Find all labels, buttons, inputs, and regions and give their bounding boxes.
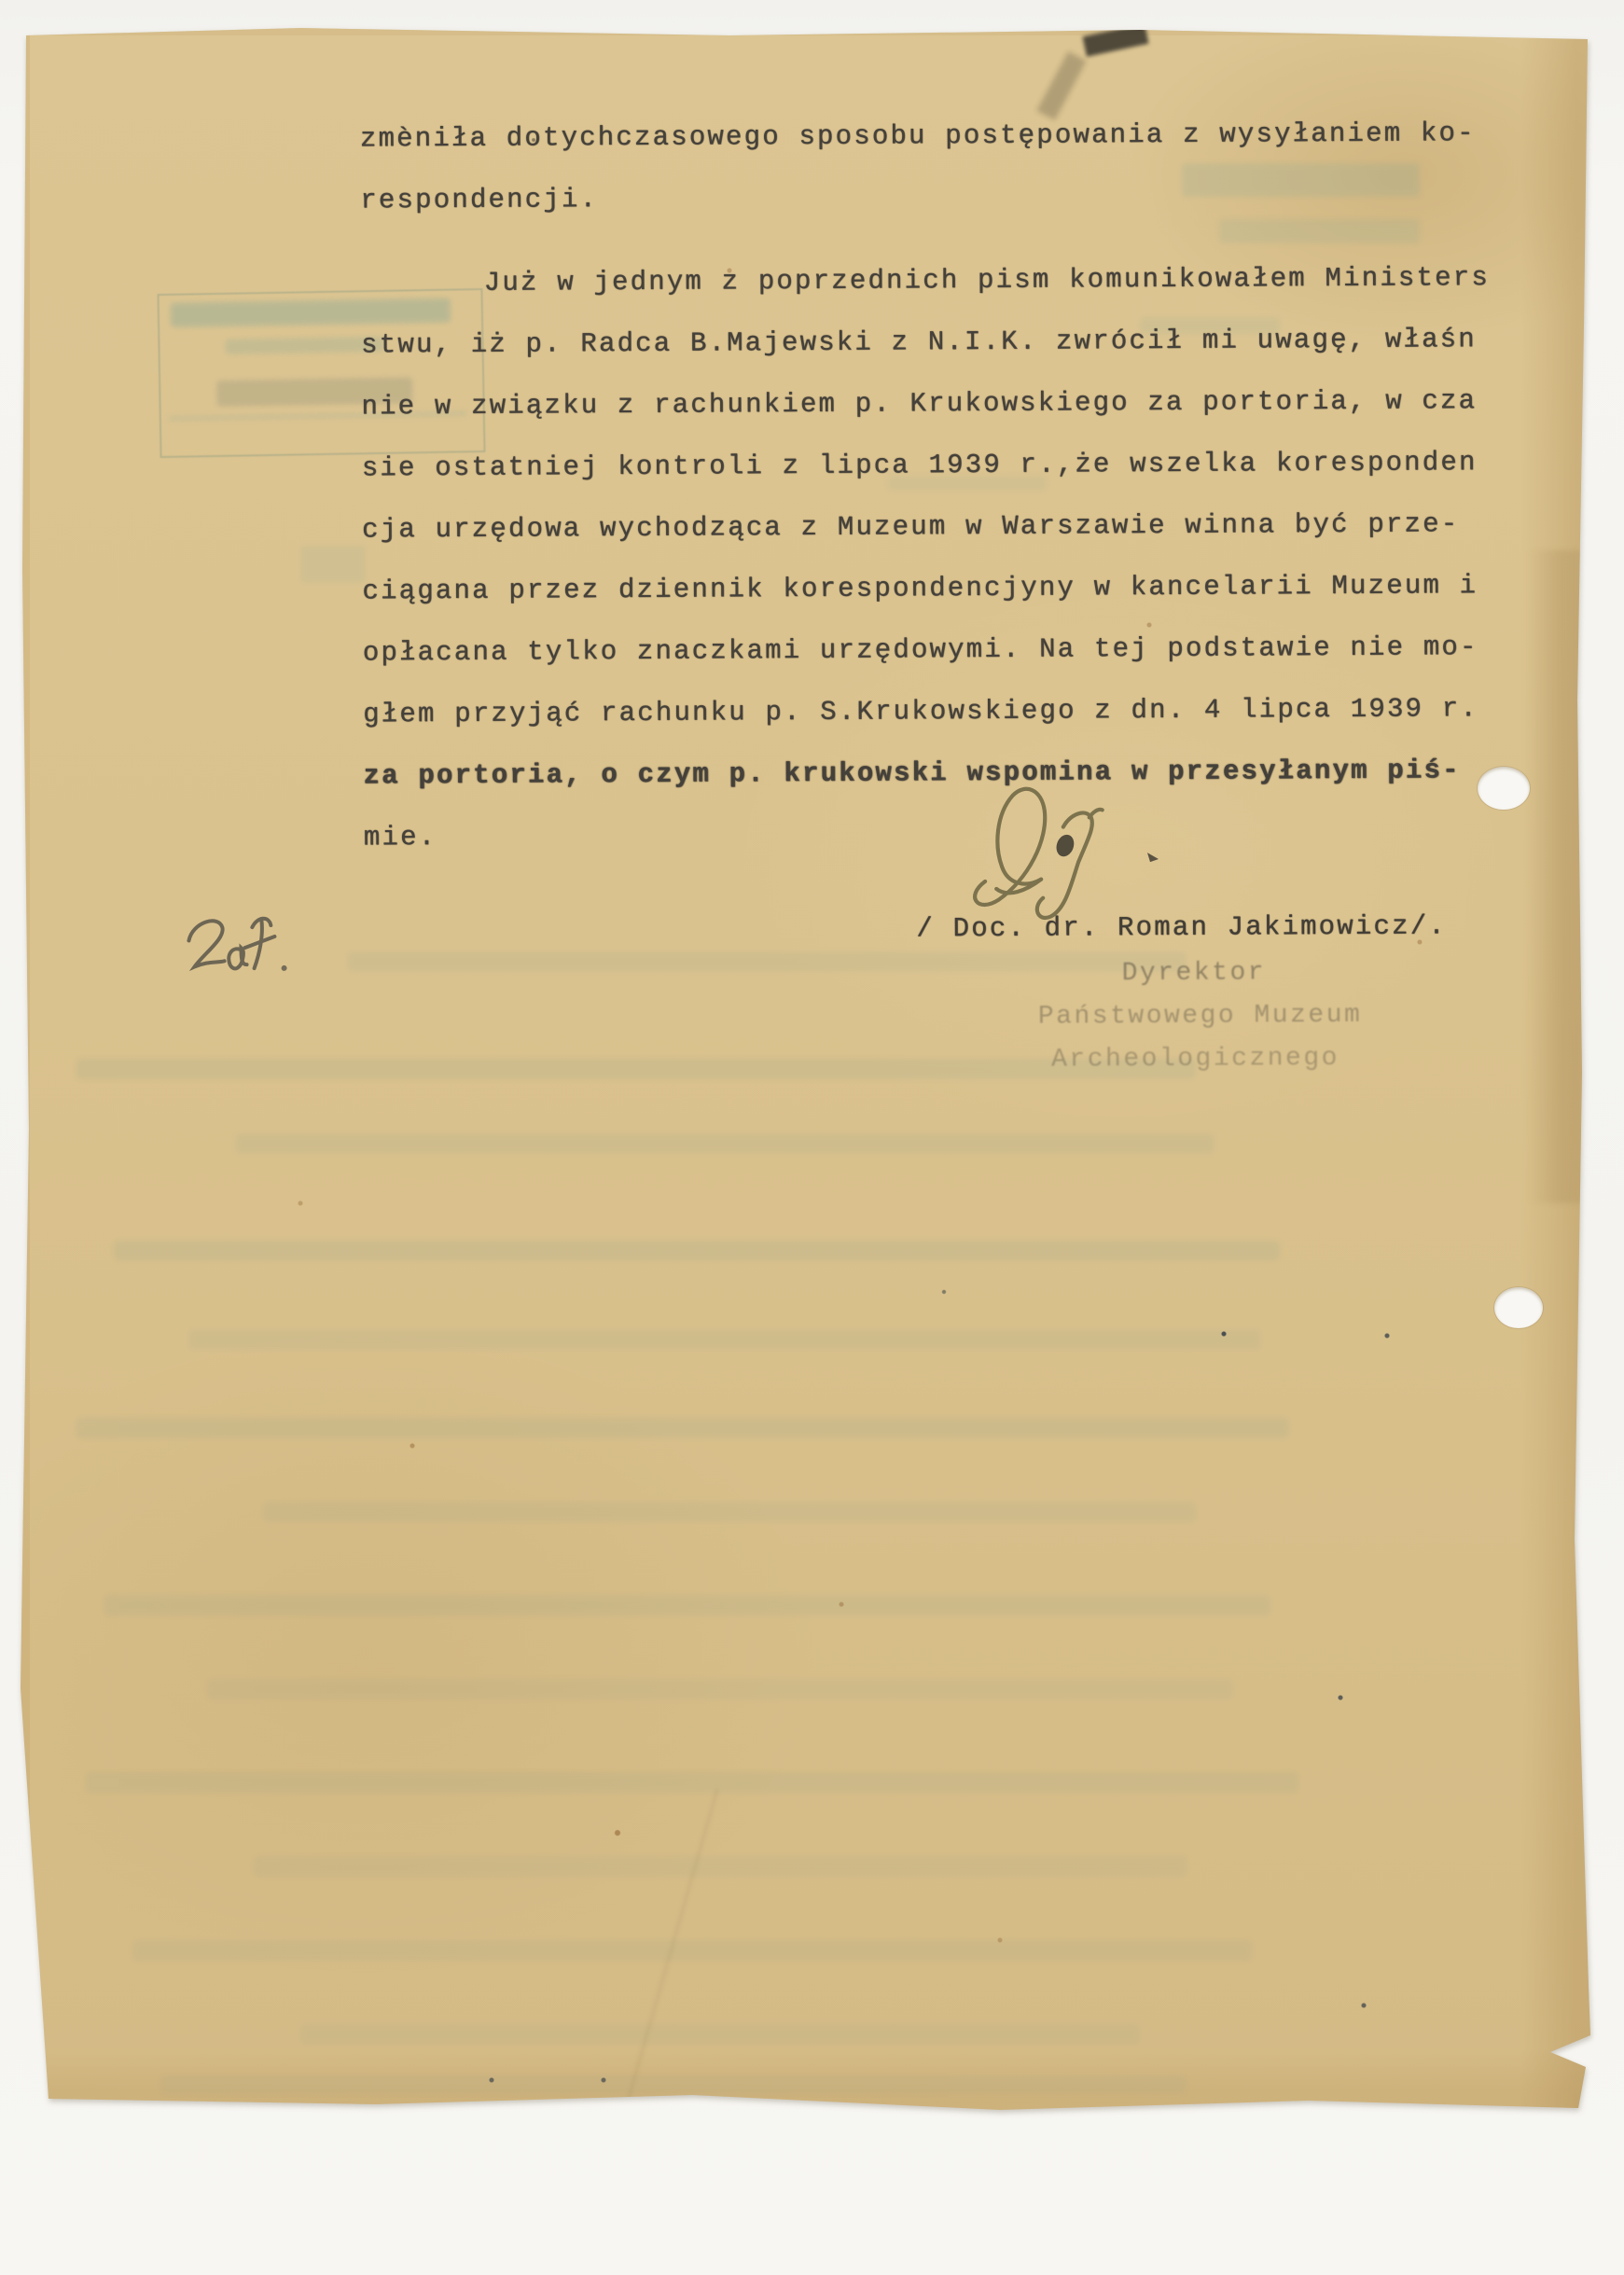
typed-line: cja urzędowa wychodząca z Muzeum w Warsz… xyxy=(362,508,1459,545)
typed-line: nie w związku z rachunkiem p. Krukowskie… xyxy=(361,385,1477,422)
typed-line: sie ostatniej kontroli z lipca 1939 r.,ż… xyxy=(362,447,1478,483)
handwritten-note: Zał. xyxy=(179,912,300,992)
punch-hole-top xyxy=(1478,767,1530,810)
handwritten-initials: RJ xyxy=(953,772,1197,960)
typed-line: ciągana przez dziennik korespondencjyny … xyxy=(362,570,1478,606)
typed-line: opłacana tylko znaczkami urzędowymi. Na … xyxy=(363,631,1478,668)
scanned-letter: zmèniła dotychczasowego sposobu postępow… xyxy=(21,28,1591,2111)
typed-line: mie. xyxy=(364,822,437,853)
ink-tick xyxy=(1147,853,1159,862)
rj-signature-icon xyxy=(953,772,1197,960)
director-stamp-line3: Archeologicznego xyxy=(1051,1044,1339,1075)
punch-hole-bottom xyxy=(1494,1287,1543,1328)
director-stamp-line1: Dyrektor xyxy=(1122,958,1267,988)
typed-text-block: zmèniła dotychczasowego sposobu postępow… xyxy=(16,24,1598,2115)
typed-line: stwu, iż p. Radca B.Majewski z N.I.K. zw… xyxy=(361,324,1477,360)
paper-sheet: zmèniła dotychczasowego sposobu postępow… xyxy=(21,28,1591,2111)
typed-line: głem przyjąć rachunku p. S.Krukowskiego … xyxy=(363,693,1478,729)
zal-note-icon xyxy=(179,912,300,992)
typed-line: Już w jednym z poprzednich pism komuniko… xyxy=(361,262,1490,298)
note-period xyxy=(282,965,287,971)
paper-crease xyxy=(1528,550,1584,1203)
director-stamp-line2: Państwowego Muzeum xyxy=(1038,1001,1363,1032)
typed-line: za portoria, o czym p. krukowski wspomin… xyxy=(363,755,1460,791)
ink-blot xyxy=(1053,832,1076,859)
typed-line: zmèniła dotychczasowego sposobu postępow… xyxy=(360,118,1476,154)
typed-line: respondencji. xyxy=(360,184,598,215)
